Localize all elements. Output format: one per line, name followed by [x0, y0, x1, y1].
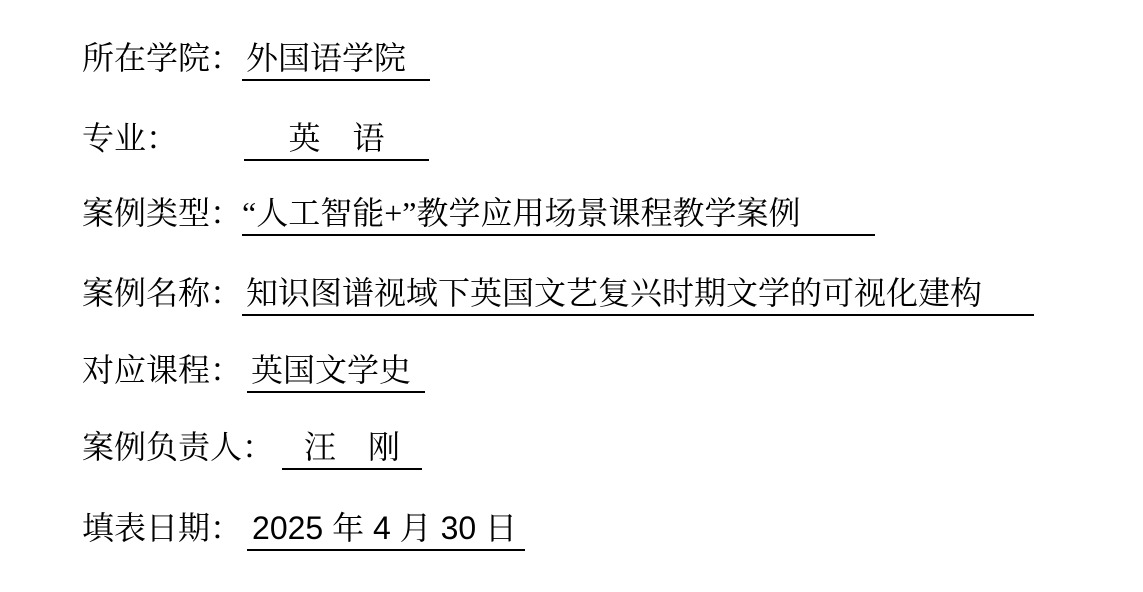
field-label-fill-date: 填表日期：: [82, 512, 242, 544]
document-page: 所在学院：外国语学院 专业：英 语 案例类型：“人工智能+”教学应用场景课程教学…: [0, 0, 1143, 592]
field-label-case-name: 案例名称：: [82, 277, 242, 309]
field-label-case-type: 案例类型：: [82, 197, 242, 229]
field-value-fill-date: 2025 年 4 月 30 日: [247, 512, 525, 551]
field-row-course: 对应课程：英国文学史: [82, 354, 425, 393]
field-row-fill-date: 填表日期：2025 年 4 月 30 日: [82, 512, 525, 551]
field-value-major: 英 语: [244, 122, 429, 161]
field-value-case-leader: 汪 刚: [282, 431, 422, 470]
field-value-case-name: 知识图谱视域下英国文艺复兴时期文学的可视化建构: [242, 277, 1034, 316]
field-value-course: 英国文学史: [247, 354, 425, 393]
field-label-course: 对应课程：: [82, 354, 242, 386]
field-value-case-type: “人工智能+”教学应用场景课程教学案例: [242, 197, 875, 236]
field-row-major: 专业：英 语: [82, 122, 429, 161]
field-row-case-leader: 案例负责人：汪 刚: [82, 431, 422, 470]
field-label-case-leader: 案例负责人：: [82, 431, 274, 463]
field-label-college: 所在学院：: [82, 42, 242, 74]
field-label-major: 专业：: [82, 122, 178, 154]
field-row-case-type: 案例类型：“人工智能+”教学应用场景课程教学案例: [82, 197, 875, 236]
field-value-college: 外国语学院: [242, 42, 430, 81]
field-row-college: 所在学院：外国语学院: [82, 42, 430, 81]
field-row-case-name: 案例名称：知识图谱视域下英国文艺复兴时期文学的可视化建构: [82, 277, 1034, 316]
